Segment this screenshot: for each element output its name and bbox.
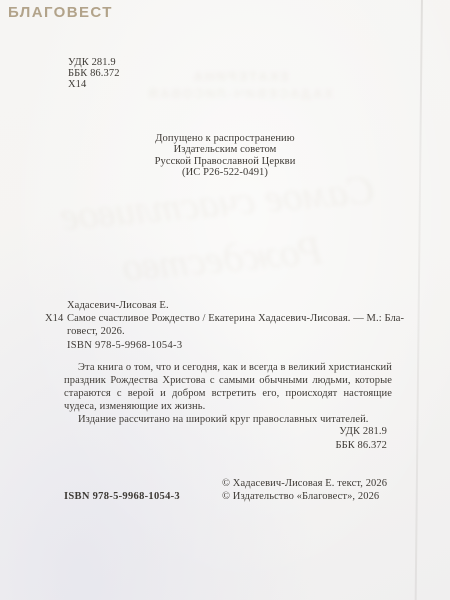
approval-line: (ИС Р26-522-0491) xyxy=(75,167,375,178)
show-through-author-name: ЕКАТЕРИНА ХАДАСЕВИЧ-ЛИСОВАЯ xyxy=(140,68,340,102)
book-imprint-page: ЕКАТЕРИНА ХАДАСЕВИЧ-ЛИСОВАЯ Самое счастл… xyxy=(0,0,450,600)
bibliographic-entry-line2: говест, 2026. xyxy=(67,326,125,338)
page-edge-line xyxy=(415,0,423,600)
classification-codes-bottom: УДК 281.9 ББК 86.372 xyxy=(335,425,387,452)
author-sign-code: Х14 xyxy=(68,79,120,90)
bbk-code: ББК 86.372 xyxy=(68,68,120,79)
classification-codes-top: УДК 281.9 ББК 86.372 Х14 xyxy=(68,57,120,90)
approval-line: Допущено к распространению xyxy=(75,133,375,144)
bbk-code-bottom: ББК 86.372 xyxy=(335,439,387,453)
church-approval-block: Допущено к распространению Издательским … xyxy=(75,133,375,179)
udk-code-bottom: УДК 281.9 xyxy=(335,425,387,439)
show-through-title-script: Самое счастливое Рождество xyxy=(56,161,385,300)
udk-code: УДК 281.9 xyxy=(68,57,120,68)
isbn-bibliographic: ISBN 978-5-9968-1054-3 xyxy=(67,340,182,352)
approval-line: Издательским советом xyxy=(75,144,375,155)
copyright-author: © Хадасевич-Лисовая Е. текст, 2026 xyxy=(222,477,387,490)
annotation-block: Эта книга о том, что и сегодня, как и вс… xyxy=(64,361,392,426)
approval-line: Русской Православной Церкви xyxy=(75,156,375,167)
copyright-block: © Хадасевич-Лисовая Е. текст, 2026 © Изд… xyxy=(222,477,387,503)
bibliographic-entry-line1: Самое счастливое Рождество / Екатерина Х… xyxy=(67,313,404,325)
bibliographic-code: Х14 xyxy=(45,313,63,325)
copyright-publisher: © Издательство «Благовест», 2026 xyxy=(222,490,387,503)
annotation-paragraph: Эта книга о том, что и сегодня, как и вс… xyxy=(64,361,392,413)
publisher-watermark: БЛАГОВЕСТ xyxy=(8,4,113,21)
bibliographic-author: Хадасевич-Лисовая Е. xyxy=(67,300,169,312)
isbn-footer: ISBN 978-5-9968-1054-3 xyxy=(64,491,180,503)
